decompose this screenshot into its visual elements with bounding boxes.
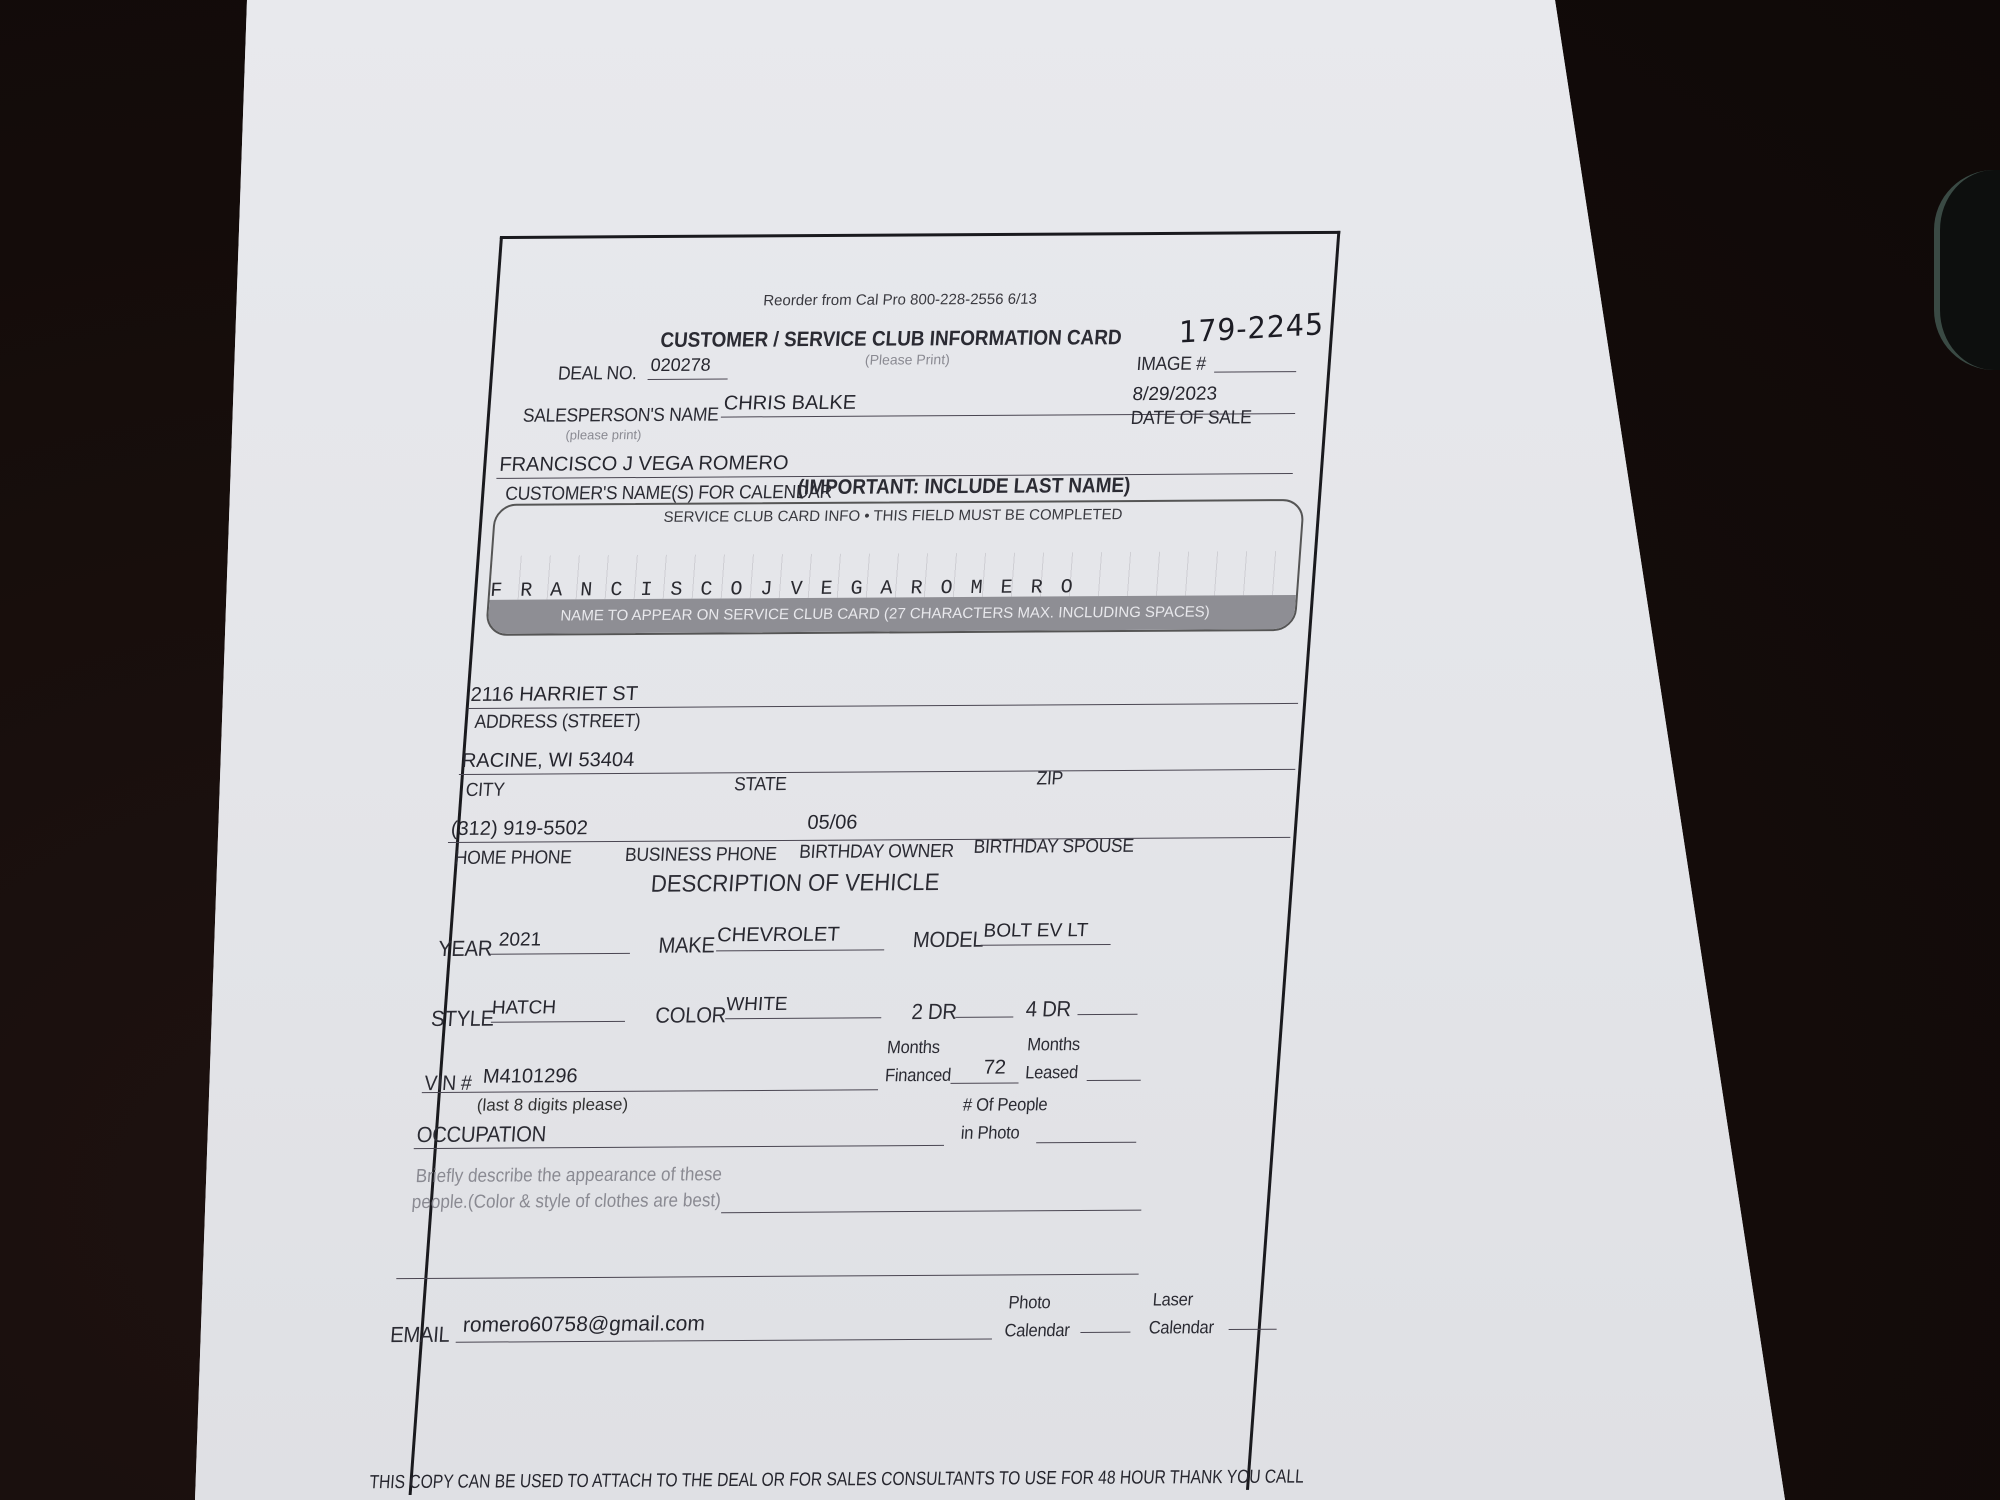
birthday-owner-value[interactable]: 05/06 bbox=[807, 812, 859, 835]
make-value[interactable]: CHEVROLET bbox=[716, 924, 840, 948]
salesperson-value[interactable]: CHRIS BALKE bbox=[723, 392, 857, 416]
make-label: MAKE bbox=[658, 932, 716, 958]
salesperson-hint: (please print) bbox=[565, 427, 642, 442]
birthday-spouse-label: BIRTHDAY SPOUSE bbox=[973, 836, 1135, 859]
people-label-2: in Photo bbox=[960, 1122, 1020, 1143]
two-door-label: 2 DR bbox=[911, 999, 958, 1025]
home-phone-label: HOME PHONE bbox=[454, 847, 572, 870]
customer-name-note: (IMPORTANT: INCLUDE LAST NAME) bbox=[797, 474, 1131, 500]
service-card-band: NAME TO APPEAR ON SERVICE CLUB CARD (27 … bbox=[487, 595, 1296, 634]
reorder-text: Reorder from Cal Pro 800-228-2556 6/13 bbox=[763, 291, 1038, 310]
address-label: ADDRESS (STREET) bbox=[474, 711, 641, 734]
birthday-owner-label: BIRTHDAY OWNER bbox=[798, 841, 954, 864]
address-value[interactable]: 2116 HARRIET ST bbox=[470, 683, 639, 707]
business-phone-label: BUSINESS PHONE bbox=[624, 844, 777, 867]
email-value[interactable]: romero60758@gmail.com bbox=[462, 1312, 706, 1337]
months-financed-label-top: Months bbox=[886, 1037, 940, 1058]
months-financed-value[interactable]: 72 bbox=[983, 1057, 1007, 1080]
city-state-zip-value[interactable]: RACINE, WI 53404 bbox=[461, 749, 635, 773]
financed-label: Financed bbox=[884, 1065, 951, 1086]
salesperson-label: SALESPERSON'S NAME bbox=[522, 405, 719, 428]
four-door-label: 4 DR bbox=[1025, 996, 1072, 1022]
model-label: MODEL bbox=[912, 927, 985, 953]
vin-value[interactable]: M4101296 bbox=[482, 1065, 578, 1089]
device-edge bbox=[1934, 170, 2000, 370]
occupation-label: OCCUPATION bbox=[416, 1121, 547, 1148]
email-label: EMAIL bbox=[389, 1322, 450, 1348]
date-of-sale-label: DATE OF SALE bbox=[1130, 407, 1252, 430]
zip-label: ZIP bbox=[1036, 768, 1064, 790]
vin-hint: (last 8 digits please) bbox=[476, 1095, 629, 1116]
color-label: COLOR bbox=[654, 1002, 727, 1028]
customer-name-value[interactable]: FRANCISCO J VEGA ROMERO bbox=[499, 452, 790, 477]
describe-text-1: Briefly describe the appearance of these bbox=[415, 1164, 723, 1188]
people-label-1: # Of People bbox=[962, 1094, 1048, 1116]
deal-no-value[interactable]: 020278 bbox=[650, 355, 712, 376]
please-print-note: (Please Print) bbox=[864, 351, 950, 368]
form-title: CUSTOMER / SERVICE CLUB INFORMATION CARD bbox=[660, 326, 1123, 353]
describe-text-2: people.(Color & style of clothes are bes… bbox=[411, 1190, 722, 1214]
vehicle-heading: DESCRIPTION OF VEHICLE bbox=[650, 869, 940, 899]
style-label: STYLE bbox=[430, 1006, 495, 1032]
year-value[interactable]: 2021 bbox=[498, 929, 542, 951]
color-value[interactable]: WHITE bbox=[725, 994, 788, 1016]
service-card-footer: NAME TO APPEAR ON SERVICE CLUB CARD (27 … bbox=[560, 603, 1211, 624]
state-label: STATE bbox=[733, 774, 787, 796]
service-card-header: SERVICE CLUB CARD INFO • THIS FIELD MUST… bbox=[663, 506, 1123, 526]
laser-calendar-label: Calendar bbox=[1148, 1317, 1215, 1338]
photo-calendar-label-top: Photo bbox=[1008, 1292, 1051, 1313]
leased-label: Leased bbox=[1024, 1062, 1078, 1083]
service-club-card-box: SERVICE CLUB CARD INFO • THIS FIELD MUST… bbox=[485, 499, 1305, 636]
photo-calendar-label: Calendar bbox=[1004, 1320, 1071, 1341]
deal-no-label: DEAL NO. bbox=[557, 363, 637, 385]
image-no-label: IMAGE # bbox=[1136, 354, 1207, 376]
model-value[interactable]: BOLT EV LT bbox=[983, 920, 1089, 943]
laser-calendar-label-top: Laser bbox=[1152, 1289, 1194, 1310]
service-club-form: Reorder from Cal Pro 800-228-2556 6/13 C… bbox=[408, 231, 1341, 1500]
year-label: YEAR bbox=[437, 936, 493, 962]
date-of-sale-value[interactable]: 8/29/2023 bbox=[1132, 384, 1218, 407]
months-leased-label-top: Months bbox=[1027, 1034, 1081, 1055]
city-label: CITY bbox=[465, 780, 505, 802]
style-value[interactable]: HATCH bbox=[491, 997, 557, 1019]
home-phone-value[interactable]: (312) 919-5502 bbox=[450, 817, 589, 841]
